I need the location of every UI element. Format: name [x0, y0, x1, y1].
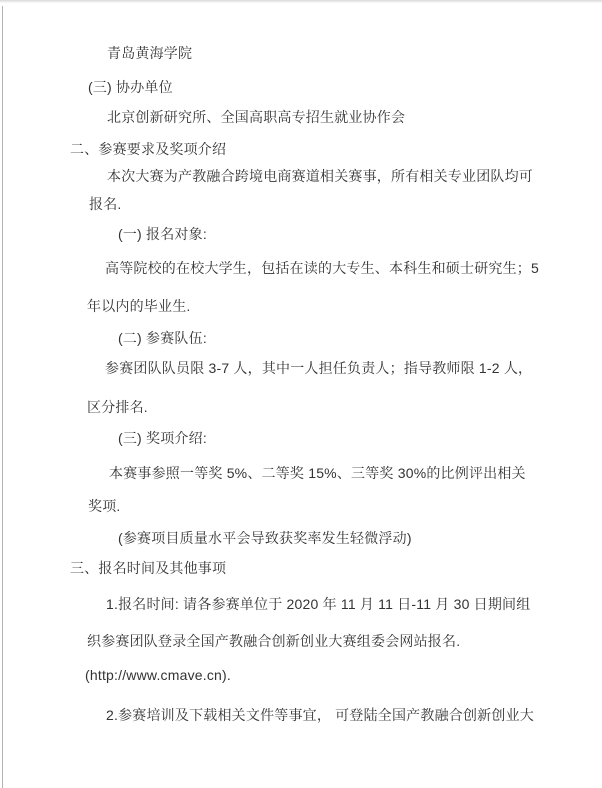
note-award-rate-fluctuation: (参赛项目质量水平会导致获奖率发生轻微浮动)	[118, 528, 412, 548]
subheading-team-requirements: (二) 参赛队伍:	[118, 328, 207, 348]
paragraph-competition-intro-line2: 报名.	[89, 194, 122, 214]
paragraph-registration-time-line2: 织参赛团队登录全国产教融合创新创业大赛组委会网站报名.	[87, 631, 460, 651]
paragraph-eligibility-line1: 高等院校的在校大学生，包括在读的大专生、本科生和硕士研究生；5	[105, 258, 539, 278]
paragraph-awards-ratio-line1: 本赛事参照一等奖 5%、二等奖 15%、三等奖 30%的比例评出相关	[109, 463, 526, 483]
heading-section-2-requirements: 二、参赛要求及奖项介绍	[70, 139, 226, 159]
subheading-awards-intro: (三) 奖项介绍:	[118, 428, 207, 448]
subheading-registration-targets: (一) 报名对象:	[118, 224, 207, 244]
heading-section-3-schedule: 三、报名时间及其他事项	[70, 558, 226, 578]
subheading-cooperating-units: (三) 协办单位	[88, 77, 173, 97]
paragraph-competition-intro-line1: 本次大赛为产教融合跨境电商赛道相关赛事，所有相关专业团队均可	[107, 166, 533, 186]
page-left-edge	[2, 6, 3, 788]
paragraph-registration-url: (http://www.cmave.cn).	[85, 665, 231, 685]
paragraph-registration-time-line1: 1.报名时间: 请各参赛单位于 2020 年 11 月 11 日-11 月 30…	[106, 594, 530, 614]
paragraph-qingdao-huanghai-college: 青岛黄海学院	[107, 43, 192, 63]
paragraph-awards-ratio-line2: 奖项.	[88, 496, 121, 516]
paragraph-cooperating-orgs: 北京创新研究所、全国高职高专招生就业协作会	[107, 107, 405, 127]
paragraph-eligibility-line2: 年以内的毕业生.	[87, 296, 191, 316]
document-page: 青岛黄海学院 (三) 协办单位 北京创新研究所、全国高职高专招生就业协作会 二、…	[0, 0, 602, 788]
page-top-edge	[0, 0, 602, 3]
paragraph-team-size-line1: 参赛团队队员限 3-7 人，其中一人担任负责人；指导教师限 1-2 人，	[105, 358, 532, 378]
paragraph-training-info-line1: 2.参赛培训及下载相关文件等事宜， 可登陆全国产教融合创新创业大	[106, 705, 534, 725]
paragraph-team-size-line2: 区分排名.	[87, 397, 148, 417]
